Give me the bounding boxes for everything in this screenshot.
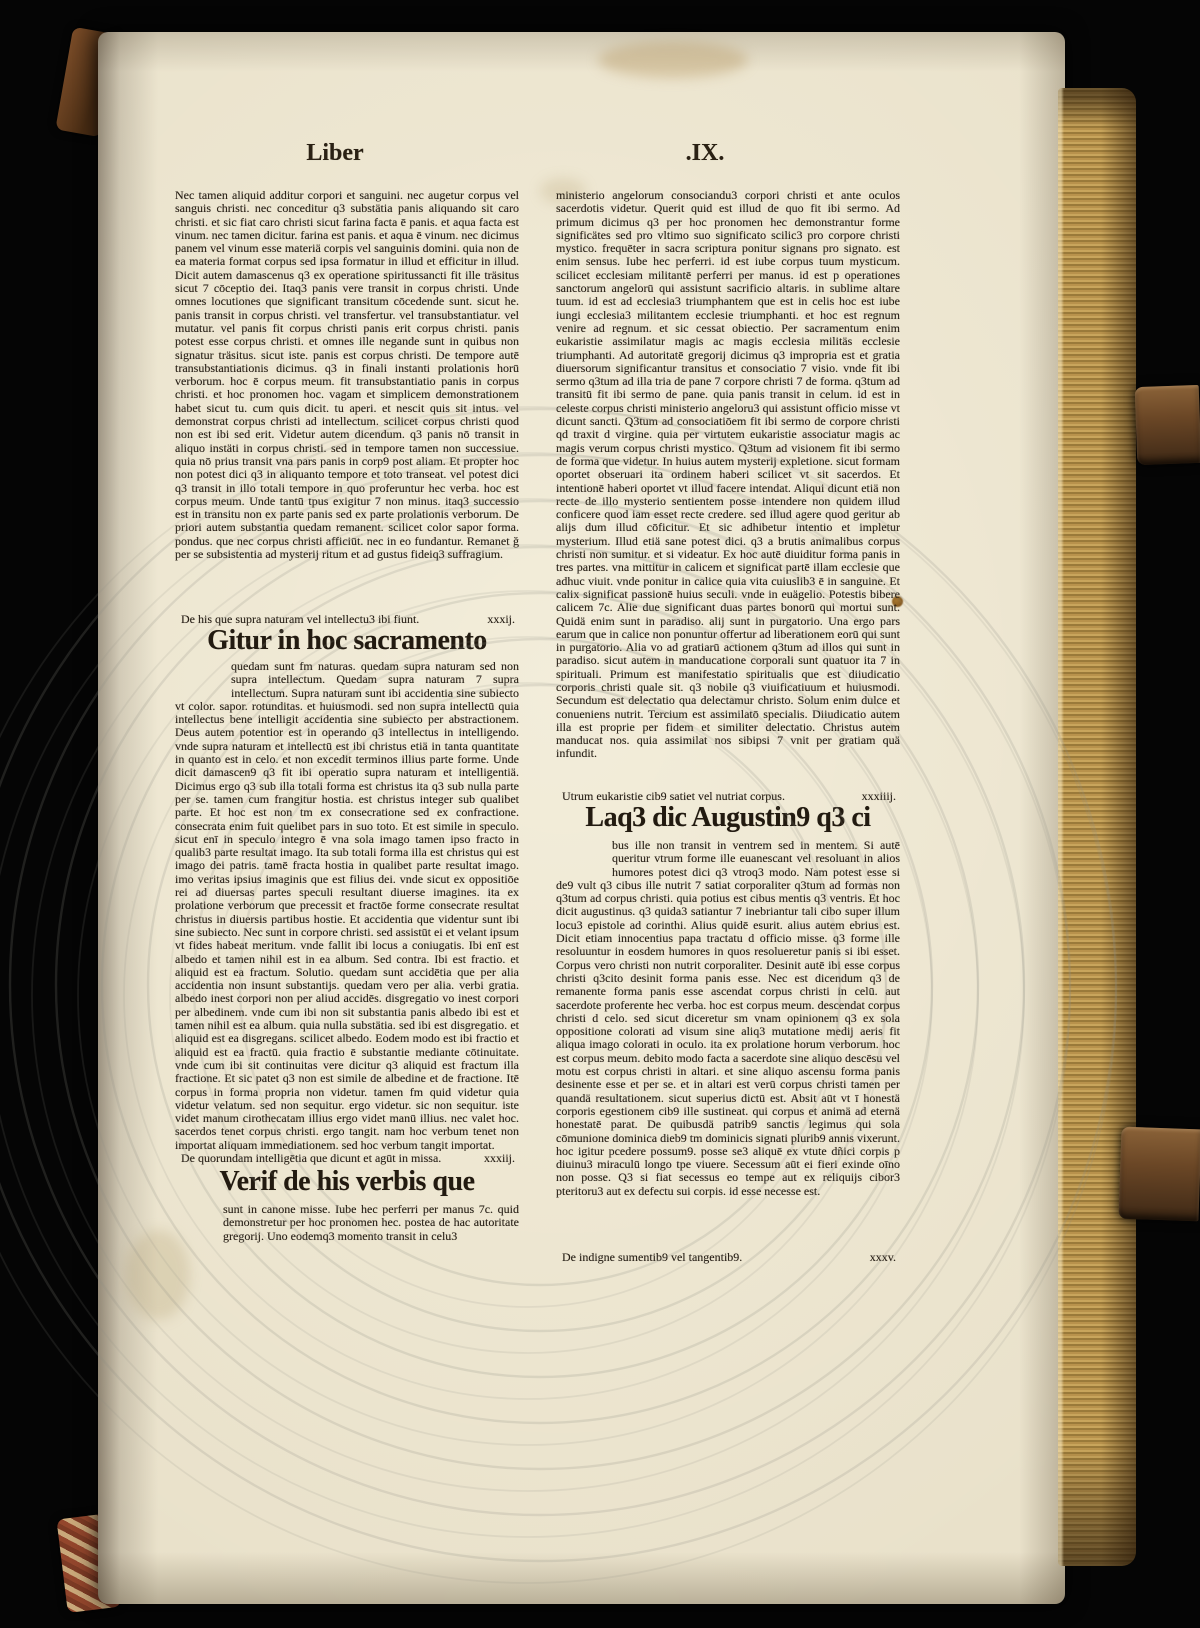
left-column-paragraph-2: quedam sunt fm naturas. quedam supra nat… [175,660,519,1151]
book-photo: Liber .IX. Nec tamen aliquid additur cor… [0,0,1200,1628]
right-column-paragraph-1: ministerio angelorum consociandu3 corpor… [556,189,900,787]
section-rubric: De indigne sumentib9 vel tangentib9. xxx… [556,1250,896,1264]
left-column-paragraph-1: Nec tamen aliquid additur corpori et san… [175,189,519,608]
running-header-left: Liber [250,140,420,167]
fore-edge-page-stack [1058,88,1136,1566]
binding-strap-lower [1118,1127,1200,1222]
running-header-right: .IX. [640,140,770,167]
section-rubric: De quorundam intelligētia que dicunt et … [175,1151,515,1165]
chapter-heading: Verif de his verbis que [175,1165,519,1199]
rubric-text: De quorundam intelligētia que dicunt et … [175,1151,441,1165]
rubric-text: De indigne sumentib9 vel tangentib9. [556,1250,742,1264]
stain [598,42,748,78]
rubric-chapter-number: xxxv. [870,1250,896,1264]
chapter-heading: Laq3 dic Augustin9 q3 ci [556,801,900,835]
chapter-heading: Gitur in hoc sacramento [175,624,519,658]
binding-strap-upper [1135,385,1200,465]
rubric-chapter-number: xxxiij. [484,1151,515,1165]
left-column-paragraph-3: sunt in canone misse. Iube hec perferri … [175,1203,519,1247]
right-column-paragraph-2: bus ille non transit in ventrem sed in m… [556,839,900,1242]
